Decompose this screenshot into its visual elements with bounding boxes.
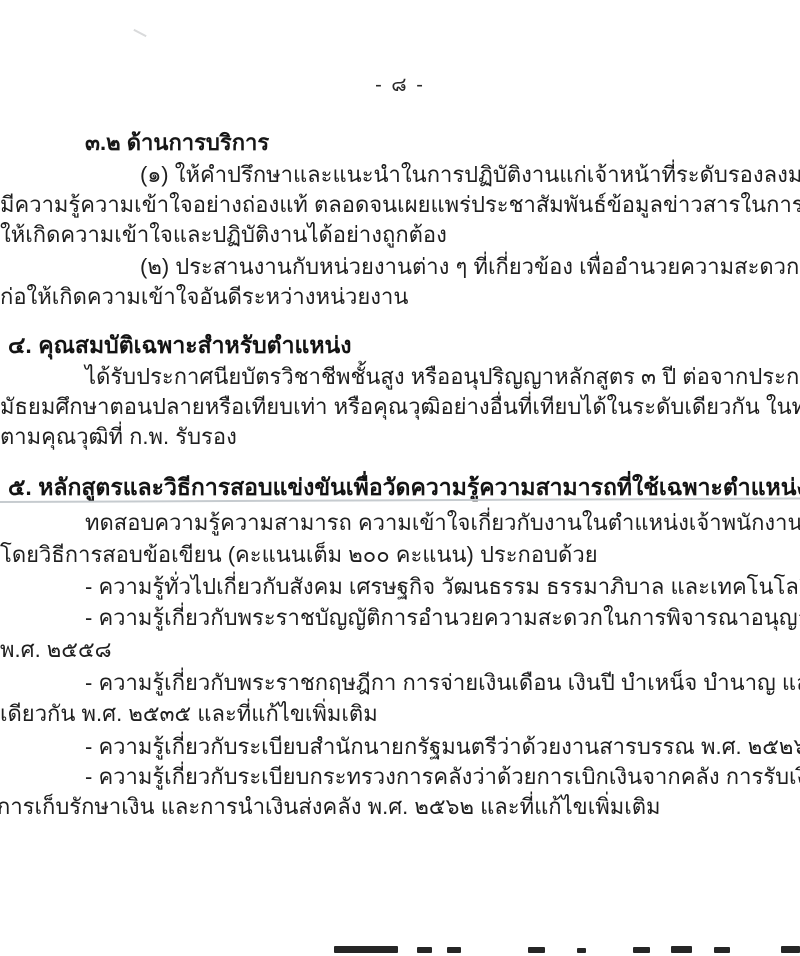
cutoff-text-fragment [447,947,461,953]
para-2-line-2: ก่อให้เกิดความเข้าใจอันดีระหว่างหน่วยงาน [0,282,408,312]
cutoff-text-fragment [781,946,800,953]
cutoff-text-fragment [633,947,650,953]
cutoff-text-fragment [577,948,586,953]
cutoff-text-fragment [671,946,692,953]
para-1-line-2: มีความรู้ความเข้าใจอย่างถ่องแท้ ตลอดจนเผ… [0,190,800,220]
scan-artifact-smudge [133,29,146,37]
bullet-2-line-1: - ความรู้เกี่ยวกับพระราชบัญญัติการอำนวยค… [85,603,800,633]
section-3-2-heading: ๓.๒ ด้านการบริการ [85,128,269,158]
bullet-2-line-2: พ.ศ. ๒๕๕๘ [0,635,112,665]
section-4-line-3: ตามคุณวุฒิที่ ก.พ. รับรอง [0,422,237,452]
section-5-line-2: โดยวิธีการสอบข้อเขียน (คะแนนเต็ม ๒๐๐ คะแ… [0,540,598,570]
bullet-3-line-2: เดียวกัน พ.ศ. ๒๕๓๕ และที่แก้ไขเพิ่มเติม [0,699,378,729]
para-2-line-1: (๒) ประสานงานกับหน่วยงานต่าง ๆ ที่เกี่ยว… [140,252,800,282]
bullet-4: - ความรู้เกี่ยวกับระเบียบสำนักนายกรัฐมนต… [85,732,800,762]
para-1-line-1: (๑) ให้คำปรึกษาและแนะนำในการปฏิบัติงานแก… [140,160,800,190]
document-page: - ๘ - ๓.๒ ด้านการบริการ(๑) ให้คำปรึกษาแล… [0,0,800,956]
cutoff-text-fragment [528,947,545,953]
bullet-3-line-1: - ความรู้เกี่ยวกับพระราชกฤษฎีกา การจ่ายเ… [85,668,800,698]
page-number: - ๘ - [0,68,800,100]
bullet-5-line-2: การเก็บรักษาเงิน และการนำเงินส่งคลัง พ.ศ… [0,792,661,822]
para-1-line-3: ให้เกิดความเข้าใจและปฏิบัติงานได้อย่างถู… [0,220,447,250]
cutoff-text-fragment [714,947,730,953]
section-4-heading: ๔. คุณสมบัติเฉพาะสำหรับตำแหน่ง [8,330,351,360]
section-5-line-1: ทดสอบความรู้ความสามารถ ความเข้าใจเกี่ยวก… [85,508,800,538]
bullet-5-line-1: - ความรู้เกี่ยวกับระเบียบกระทรวงการคลังว… [85,762,800,792]
section-4-line-1: ได้รับประกาศนียบัตรวิชาชีพชั้นสูง หรืออน… [85,362,800,392]
cutoff-text-fragment [334,946,398,953]
cutoff-text-fragment [417,947,432,953]
bullet-1: - ความรู้ทั่วไปเกี่ยวกับสังคม เศรษฐกิจ ว… [85,572,800,602]
section-4-line-2: มัธยมศึกษาตอนปลายหรือเทียบเท่า หรือคุณวุ… [0,392,800,422]
